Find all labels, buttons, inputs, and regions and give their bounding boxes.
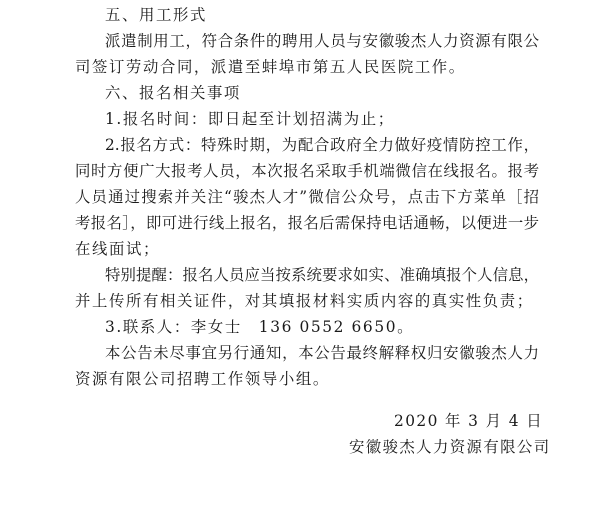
- section-heading-registration: 六、报名相关事项: [75, 80, 539, 106]
- paragraph-line: 司签订劳动合同，派遣至蚌埠市第五人民医院工作。: [75, 54, 539, 80]
- paragraph-line: 并上传所有相关证件，对其填报材料实质内容的真实性负责；: [75, 288, 539, 314]
- section-heading-employment-form: 五、用工形式: [75, 2, 539, 28]
- paragraph-line: 人员通过搜索并关注“骏杰人才”微信公众号，点击下方菜单［招: [75, 184, 539, 210]
- paragraph-line: 同时方便广大报考人员，本次报名采取手机端微信在线报名。报考: [75, 158, 539, 184]
- signature-date: 2020 年 3 月 4 日: [394, 408, 543, 434]
- paragraph-line: 考报名］，即可进行线上报名，报名后需保持电话通畅，以便进一步: [75, 210, 539, 236]
- paragraph-line: 2.报名方式：特殊时期，为配合政府全力做好疫情防控工作，: [75, 132, 539, 158]
- special-reminder: 特别提醒：报名人员应当按系统要求如实、准确填报个人信息，: [75, 262, 539, 288]
- contact-person: 3.联系人：李女士 136 0552 6650。: [75, 314, 539, 340]
- paragraph-line: 派遣制用工，符合条件的聘用人员与安徽骏杰人力资源有限公: [75, 28, 539, 54]
- closing-paragraph: 本公告未尽事宜另行通知，本公告最终解释权归安徽骏杰人力: [75, 340, 539, 366]
- registration-time: 1.报名时间：即日起至计划招满为止；: [75, 106, 539, 132]
- paragraph-line: 在线面试；: [75, 236, 539, 262]
- paragraph-line: 资源有限公司招聘工作领导小组。: [75, 366, 539, 392]
- document-body: 五、用工形式 派遣制用工，符合条件的聘用人员与安徽骏杰人力资源有限公 司签订劳动…: [75, 2, 539, 392]
- signature-organization: 安徽骏杰人力资源有限公司: [349, 434, 551, 460]
